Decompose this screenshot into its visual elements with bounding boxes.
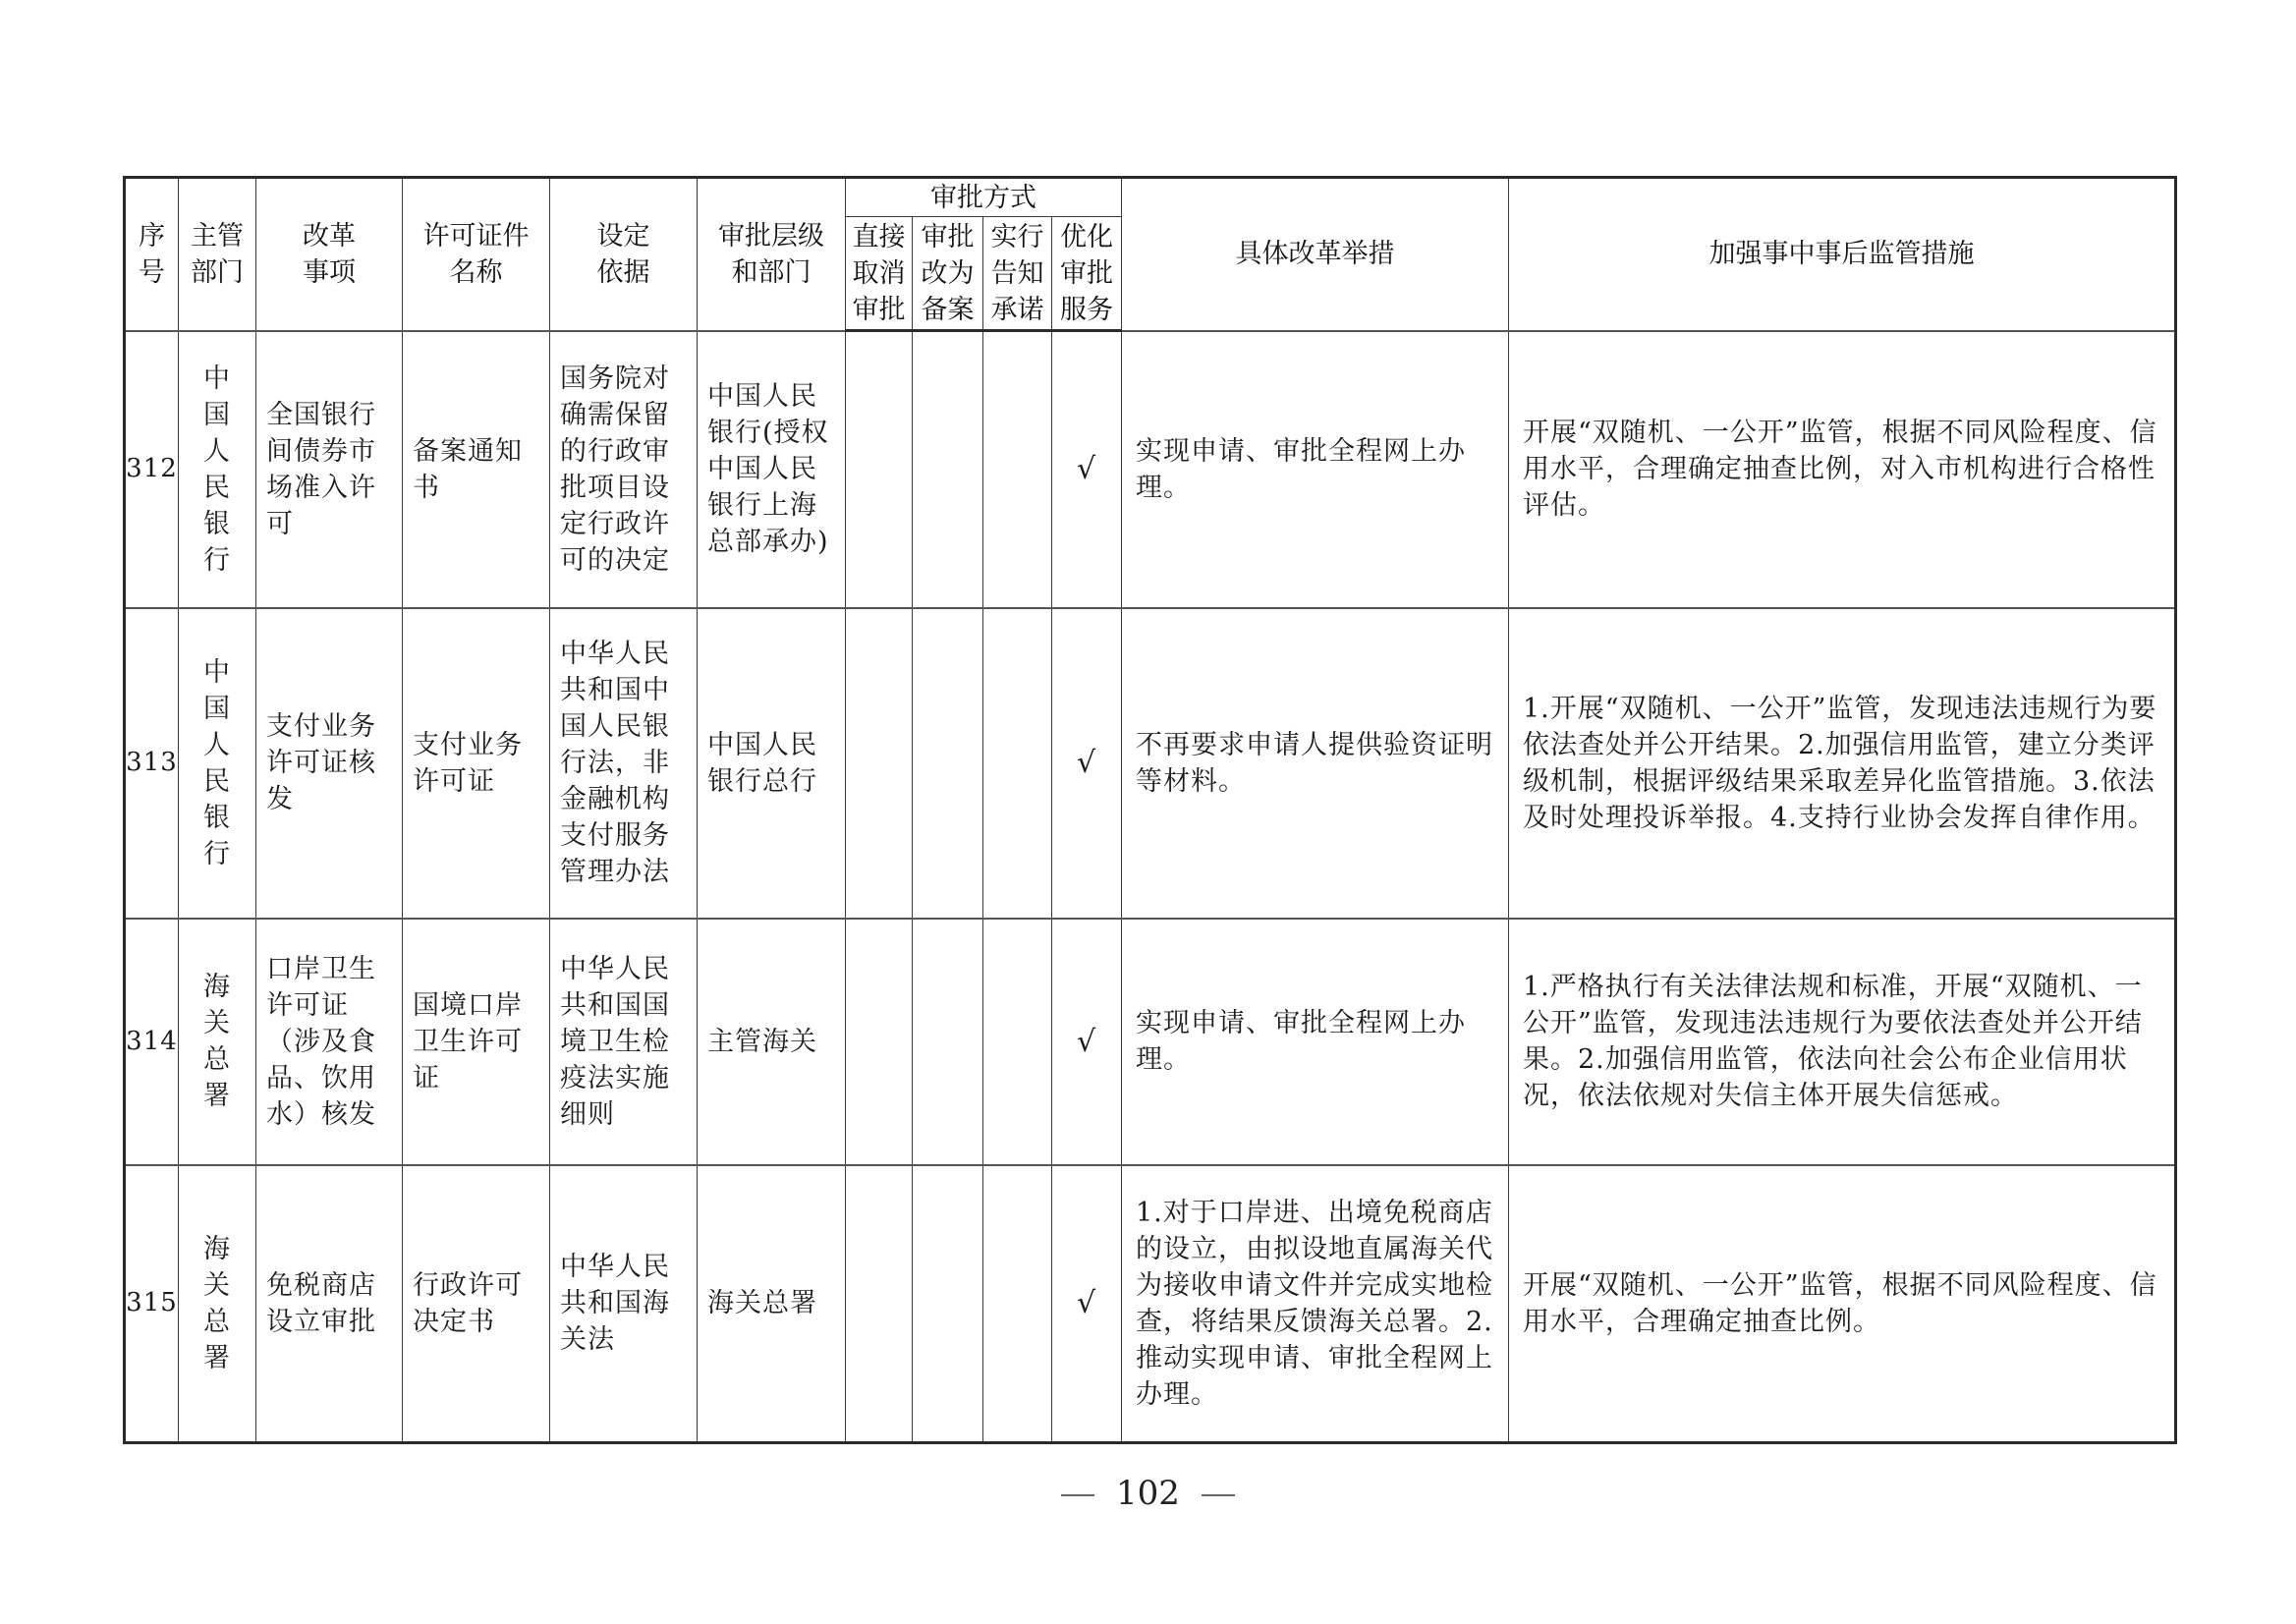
row-method-promise <box>983 919 1052 1165</box>
row-license: 支付业务许可证 <box>403 608 550 919</box>
header-seq: 序号 <box>125 178 179 331</box>
row-method-cancel <box>846 919 913 1165</box>
row-method-promise <box>983 331 1052 608</box>
row-basis: 中华人民共和国国境卫生检疫法实施细则 <box>550 919 698 1165</box>
table-row: 313 中国人民银行 支付业务许可证核发 支付业务许可证 中华人民共和国中国人民… <box>125 608 2176 919</box>
header-method-optimize: 优化审批服务 <box>1052 217 1122 331</box>
table-row: 315 海关总署 免税商店设立审批 行政许可决定书 中华人民共和国海关法 海关总… <box>125 1165 2176 1443</box>
row-level: 海关总署 <box>698 1165 846 1443</box>
header-method-cancel: 直接取消审批 <box>846 217 913 331</box>
header-basis: 设定依据 <box>550 178 698 331</box>
row-item: 免税商店设立审批 <box>256 1165 403 1443</box>
row-method-optimize-check: √ <box>1052 1165 1122 1443</box>
row-method-cancel <box>846 1165 913 1443</box>
row-method-promise <box>983 608 1052 919</box>
row-method-optimize-check: √ <box>1052 608 1122 919</box>
row-measures: 1.对于口岸进、出境免税商店的设立，由拟设地直属海关代为接收申请文件并完成实地检… <box>1122 1165 1509 1443</box>
row-method-filing <box>913 331 983 608</box>
header-dept: 主管部门 <box>179 178 256 331</box>
row-level: 中国人民银行(授权中国人民银行上海总部承办) <box>698 331 846 608</box>
dash-right <box>1202 1494 1235 1496</box>
row-dept: 中国人民银行 <box>179 331 256 608</box>
row-seq: 312 <box>125 331 179 608</box>
row-license: 行政许可决定书 <box>403 1165 550 1443</box>
row-basis: 中华人民共和国中国人民银行法，非金融机构支付服务管理办法 <box>550 608 698 919</box>
row-seq: 315 <box>125 1165 179 1443</box>
header-method-group: 审批方式 <box>846 178 1122 217</box>
row-method-filing <box>913 1165 983 1443</box>
row-seq: 314 <box>125 919 179 1165</box>
row-license: 备案通知书 <box>403 331 550 608</box>
header-measures: 具体改革举措 <box>1122 178 1509 331</box>
row-dept: 海关总署 <box>179 919 256 1165</box>
row-measures: 不再要求申请人提供验资证明等材料。 <box>1122 608 1509 919</box>
row-dept: 中国人民银行 <box>179 608 256 919</box>
row-method-filing <box>913 608 983 919</box>
row-method-cancel <box>846 331 913 608</box>
row-license: 国境口岸卫生许可证 <box>403 919 550 1165</box>
row-method-cancel <box>846 608 913 919</box>
row-measures: 实现申请、审批全程网上办理。 <box>1122 919 1509 1165</box>
row-supervision: 开展“双随机、一公开”监管，根据不同风险程度、信用水平，合理确定抽查比例。 <box>1509 1165 2176 1443</box>
row-level: 中国人民银行总行 <box>698 608 846 919</box>
row-item: 支付业务许可证核发 <box>256 608 403 919</box>
row-supervision: 1.严格执行有关法律法规和标准，开展“双随机、一公开”监管，发现违法违规行为要依… <box>1509 919 2176 1165</box>
row-item: 全国银行间债券市场准入许可 <box>256 331 403 608</box>
row-supervision: 1.开展“双随机、一公开”监管，发现违法违规行为要依法查处并公开结果。2.加强信… <box>1509 608 2176 919</box>
row-seq: 313 <box>125 608 179 919</box>
row-supervision: 开展“双随机、一公开”监管，根据不同风险程度、信用水平，合理确定抽查比例，对入市… <box>1509 331 2176 608</box>
page-footer: 102 <box>0 1474 2296 1513</box>
header-item: 改革事项 <box>256 178 403 331</box>
header-level: 审批层级和部门 <box>698 178 846 331</box>
row-item: 口岸卫生许可证（涉及食品、饮用水）核发 <box>256 919 403 1165</box>
header-method-promise: 实行告知承诺 <box>983 217 1052 331</box>
row-basis: 国务院对确需保留的行政审批项目设定行政许可的决定 <box>550 331 698 608</box>
row-method-filing <box>913 919 983 1165</box>
header-method-filing: 审批改为备案 <box>913 217 983 331</box>
reform-table: 序号 主管部门 改革事项 许可证件名称 设定依据 审批层级和部门 审批方式 具体… <box>123 176 2177 1444</box>
row-basis: 中华人民共和国海关法 <box>550 1165 698 1443</box>
dash-left <box>1061 1494 1094 1496</box>
row-method-promise <box>983 1165 1052 1443</box>
page-number: 102 <box>1116 1474 1180 1513</box>
table-row: 314 海关总署 口岸卫生许可证（涉及食品、饮用水）核发 国境口岸卫生许可证 中… <box>125 919 2176 1165</box>
table-row: 312 中国人民银行 全国银行间债券市场准入许可 备案通知书 国务院对确需保留的… <box>125 331 2176 608</box>
row-method-optimize-check: √ <box>1052 331 1122 608</box>
header-supervision: 加强事中事后监管措施 <box>1509 178 2176 331</box>
header-license: 许可证件名称 <box>403 178 550 331</box>
row-measures: 实现申请、审批全程网上办理。 <box>1122 331 1509 608</box>
row-method-optimize-check: √ <box>1052 919 1122 1165</box>
row-dept: 海关总署 <box>179 1165 256 1443</box>
row-level: 主管海关 <box>698 919 846 1165</box>
